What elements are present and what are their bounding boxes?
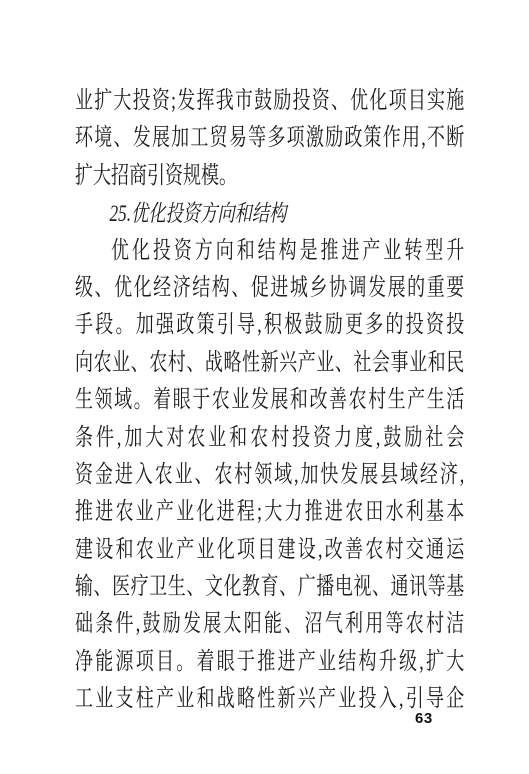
text-line: 输、医疗卫生、文化教育、广播电视、通讯等基: [75, 569, 464, 606]
text-line: 工业支柱产业和战略性新兴产业投入,引导企: [75, 681, 464, 718]
text-line: 推进农业产业化进程;大力推进农田水利基本: [75, 494, 464, 531]
text-block: 业扩大投资;发挥我市鼓励投资、优化项目实施 环境、发展加工贸易等多项激励政策作用…: [75, 83, 464, 719]
text-line: 级、优化经济结构、促进城乡协调发展的重要: [75, 270, 464, 307]
text-line: 扩大招商引资规模。: [75, 158, 464, 195]
text-line: 环境、发展加工贸易等多项激励政策作用,不断: [75, 120, 464, 157]
page-number: 63: [415, 710, 439, 727]
text-line: 资金进入农业、农村领域,加快发展县域经济,: [75, 457, 464, 494]
text-line: 条件,加大对农业和农村投资力度,鼓励社会: [75, 420, 464, 457]
section-heading: 25.优化投资方向和结构: [75, 195, 464, 232]
text-line: 手段。加强政策引导,积极鼓励更多的投资投: [75, 307, 464, 344]
book-page: 业扩大投资;发挥我市鼓励投资、优化项目实施 环境、发展加工贸易等多项激励政策作用…: [0, 0, 529, 774]
text-line: 生领域。着眼于农业发展和改善农村生产生活: [75, 382, 464, 419]
text-line: 向农业、农村、战略性新兴产业、社会事业和民: [75, 345, 464, 382]
text-line: 优化投资方向和结构是推进产业转型升: [75, 233, 464, 270]
text-line: 建设和农业产业化项目建设,改善农村交通运: [75, 532, 464, 569]
text-line: 净能源项目。着眼于推进产业结构升级,扩大: [75, 644, 464, 681]
text-line: 础条件,鼓励发展太阳能、沼气利用等农村洁: [75, 606, 464, 643]
text-line: 业扩大投资;发挥我市鼓励投资、优化项目实施: [75, 83, 464, 120]
